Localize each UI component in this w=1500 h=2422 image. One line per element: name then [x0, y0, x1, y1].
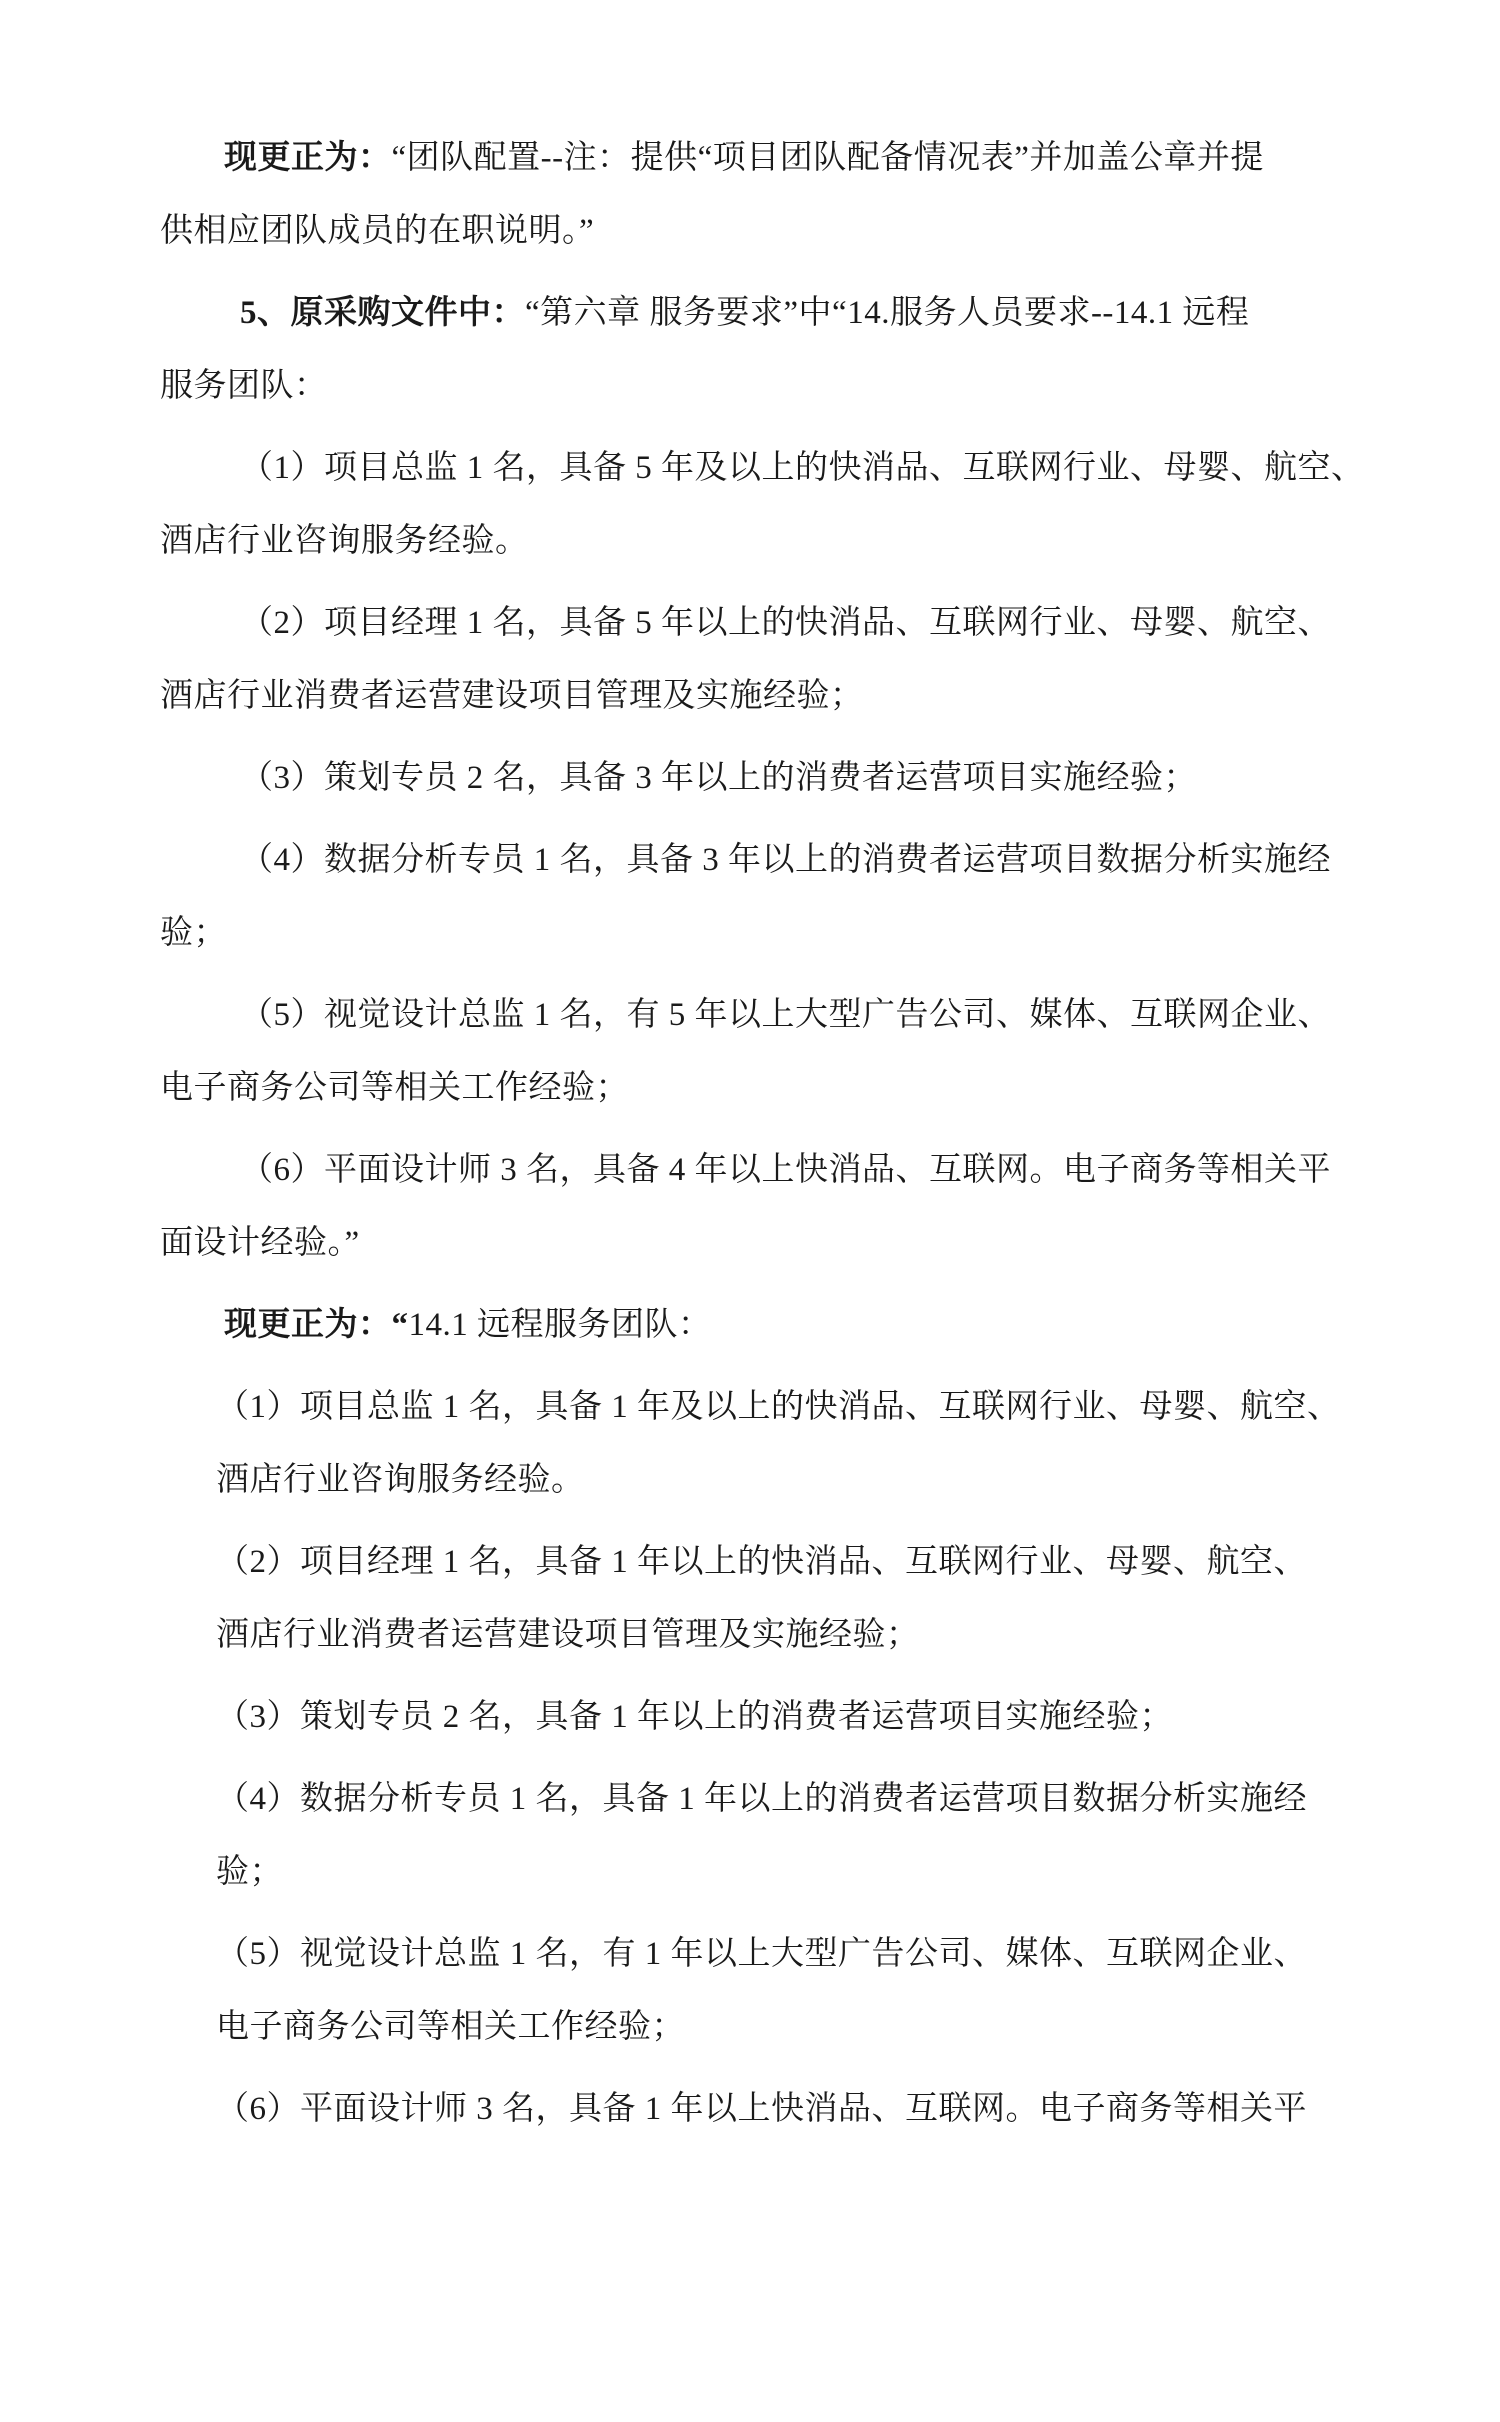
paragraph-12: （3）策划专员 2 名，具备 1 年以上的消费者运营项目实施经验；	[160, 1681, 1404, 1754]
paragraph-2: 5、原采购文件中：“第六章 服务要求”中“14.服务人员要求--14.1 远程服…	[160, 277, 1404, 423]
text-run: 酒店行业消费者运营建设项目管理及实施经验；	[216, 1617, 920, 1653]
text-line: 电子商务公司等相关工作经验；	[160, 1991, 1404, 2064]
text-line: 现更正为：“14.1 远程服务团队：	[160, 1289, 1404, 1362]
text-line: 酒店行业咨询服务经验。	[160, 505, 1404, 578]
text-line: 5、原采购文件中：“第六章 服务要求”中“14.服务人员要求--14.1 远程	[160, 277, 1404, 350]
paragraph-3: （1）项目总监 1 名，具备 5 年及以上的快消品、互联网行业、母婴、航空、酒店…	[160, 432, 1404, 578]
text-run: （4）数据分析专员 1 名，具备 1 年以上的消费者运营项目数据分析实施经	[216, 1781, 1307, 1817]
paragraph-14: （5）视觉设计总监 1 名，有 1 年以上大型广告公司、媒体、互联网企业、电子商…	[160, 1918, 1404, 2064]
text-run: （1）项目总监 1 名，具备 5 年及以上的快消品、互联网行业、母婴、航空、	[240, 450, 1365, 486]
document-page: 现更正为：“团队配置--注：提供“项目团队配备情况表”并加盖公章并提供相应团队成…	[0, 0, 1500, 2422]
text-run: （2）项目经理 1 名，具备 5 年以上的快消品、互联网行业、母婴、航空、	[240, 605, 1331, 641]
text-run: （3）策划专员 2 名，具备 1 年以上的消费者运营项目实施经验；	[216, 1699, 1173, 1735]
text-line: 服务团队：	[160, 350, 1404, 423]
text-run: 酒店行业咨询服务经验。	[160, 523, 529, 559]
paragraph-6: （4）数据分析专员 1 名，具备 3 年以上的消费者运营项目数据分析实施经验；	[160, 824, 1404, 970]
text-run: （4）数据分析专员 1 名，具备 3 年以上的消费者运营项目数据分析实施经	[240, 842, 1331, 878]
text-line: （5）视觉设计总监 1 名，有 5 年以上大型广告公司、媒体、互联网企业、	[160, 979, 1404, 1052]
paragraph-4: （2）项目经理 1 名，具备 5 年以上的快消品、互联网行业、母婴、航空、酒店行…	[160, 587, 1404, 733]
text-line: （2）项目经理 1 名，具备 5 年以上的快消品、互联网行业、母婴、航空、	[160, 587, 1404, 660]
text-run: （6）平面设计师 3 名，具备 1 年以上快消品、互联网。电子商务等相关平	[216, 2091, 1307, 2127]
text-run: 酒店行业消费者运营建设项目管理及实施经验；	[160, 678, 864, 714]
text-run: （3）策划专员 2 名，具备 3 年以上的消费者运营项目实施经验；	[240, 760, 1197, 796]
text-run: 验；	[216, 1854, 283, 1890]
text-line: 验；	[160, 897, 1404, 970]
paragraph-15: （6）平面设计师 3 名，具备 1 年以上快消品、互联网。电子商务等相关平	[160, 2073, 1404, 2146]
text-line: 供相应团队成员的在职说明。”	[160, 195, 1404, 268]
text-run: （5）视觉设计总监 1 名，有 1 年以上大型广告公司、媒体、互联网企业、	[216, 1936, 1307, 1972]
paragraph-9: 现更正为：“14.1 远程服务团队：	[160, 1289, 1404, 1362]
text-line: （6）平面设计师 3 名，具备 1 年以上快消品、互联网。电子商务等相关平	[160, 2073, 1404, 2146]
paragraph-11: （2）项目经理 1 名，具备 1 年以上的快消品、互联网行业、母婴、航空、酒店行…	[160, 1526, 1404, 1672]
text-line: 验；	[160, 1836, 1404, 1909]
text-line: （3）策划专员 2 名，具备 1 年以上的消费者运营项目实施经验；	[160, 1681, 1404, 1754]
paragraph-5: （3）策划专员 2 名，具备 3 年以上的消费者运营项目实施经验；	[160, 742, 1404, 815]
text-line: 面设计经验。”	[160, 1207, 1404, 1280]
text-run: 面设计经验。”	[160, 1225, 360, 1261]
text-line: （1）项目总监 1 名，具备 5 年及以上的快消品、互联网行业、母婴、航空、	[160, 432, 1404, 505]
text-line: 电子商务公司等相关工作经验；	[160, 1052, 1404, 1125]
text-line: （4）数据分析专员 1 名，具备 1 年以上的消费者运营项目数据分析实施经	[160, 1763, 1404, 1836]
paragraph-8: （6）平面设计师 3 名，具备 4 年以上快消品、互联网。电子商务等相关平面设计…	[160, 1134, 1404, 1280]
text-run: “团队配置--注：提供“项目团队配备情况表”并加盖公章并提	[392, 140, 1264, 176]
text-line: （1）项目总监 1 名，具备 1 年及以上的快消品、互联网行业、母婴、航空、	[160, 1371, 1404, 1444]
bold-text-run: 现更正为：“	[224, 1307, 409, 1343]
paragraph-10: （1）项目总监 1 名，具备 1 年及以上的快消品、互联网行业、母婴、航空、酒店…	[160, 1371, 1404, 1517]
text-line: （2）项目经理 1 名，具备 1 年以上的快消品、互联网行业、母婴、航空、	[160, 1526, 1404, 1599]
text-line: （3）策划专员 2 名，具备 3 年以上的消费者运营项目实施经验；	[160, 742, 1404, 815]
text-run: 电子商务公司等相关工作经验；	[216, 2009, 685, 2045]
text-line: 酒店行业咨询服务经验。	[160, 1444, 1404, 1517]
bold-text-run: 5、原采购文件中：	[240, 295, 525, 331]
document-body: 现更正为：“团队配置--注：提供“项目团队配备情况表”并加盖公章并提供相应团队成…	[160, 122, 1404, 2146]
text-run: 服务团队：	[160, 368, 328, 404]
text-run: （5）视觉设计总监 1 名，有 5 年以上大型广告公司、媒体、互联网企业、	[240, 997, 1331, 1033]
text-line: （6）平面设计师 3 名，具备 4 年以上快消品、互联网。电子商务等相关平	[160, 1134, 1404, 1207]
text-run: 供相应团队成员的在职说明。”	[160, 213, 594, 249]
paragraph-13: （4）数据分析专员 1 名，具备 1 年以上的消费者运营项目数据分析实施经验；	[160, 1763, 1404, 1909]
bold-text-run: 现更正为：	[224, 140, 392, 176]
text-run: 验；	[160, 915, 227, 951]
text-line: （4）数据分析专员 1 名，具备 3 年以上的消费者运营项目数据分析实施经	[160, 824, 1404, 897]
text-line: 酒店行业消费者运营建设项目管理及实施经验；	[160, 660, 1404, 733]
text-line: 现更正为：“团队配置--注：提供“项目团队配备情况表”并加盖公章并提	[160, 122, 1404, 195]
text-run: （6）平面设计师 3 名，具备 4 年以上快消品、互联网。电子商务等相关平	[240, 1152, 1331, 1188]
text-run: 酒店行业咨询服务经验。	[216, 1462, 585, 1498]
text-line: （5）视觉设计总监 1 名，有 1 年以上大型广告公司、媒体、互联网企业、	[160, 1918, 1404, 1991]
text-run: 电子商务公司等相关工作经验；	[160, 1070, 629, 1106]
text-run: （1）项目总监 1 名，具备 1 年及以上的快消品、互联网行业、母婴、航空、	[216, 1389, 1341, 1425]
paragraph-7: （5）视觉设计总监 1 名，有 5 年以上大型广告公司、媒体、互联网企业、电子商…	[160, 979, 1404, 1125]
text-line: 酒店行业消费者运营建设项目管理及实施经验；	[160, 1599, 1404, 1672]
paragraph-1: 现更正为：“团队配置--注：提供“项目团队配备情况表”并加盖公章并提供相应团队成…	[160, 122, 1404, 268]
text-run: （2）项目经理 1 名，具备 1 年以上的快消品、互联网行业、母婴、航空、	[216, 1544, 1307, 1580]
text-run: 14.1 远程服务团队：	[409, 1307, 712, 1343]
text-run: “第六章 服务要求”中“14.服务人员要求--14.1 远程	[525, 295, 1249, 331]
